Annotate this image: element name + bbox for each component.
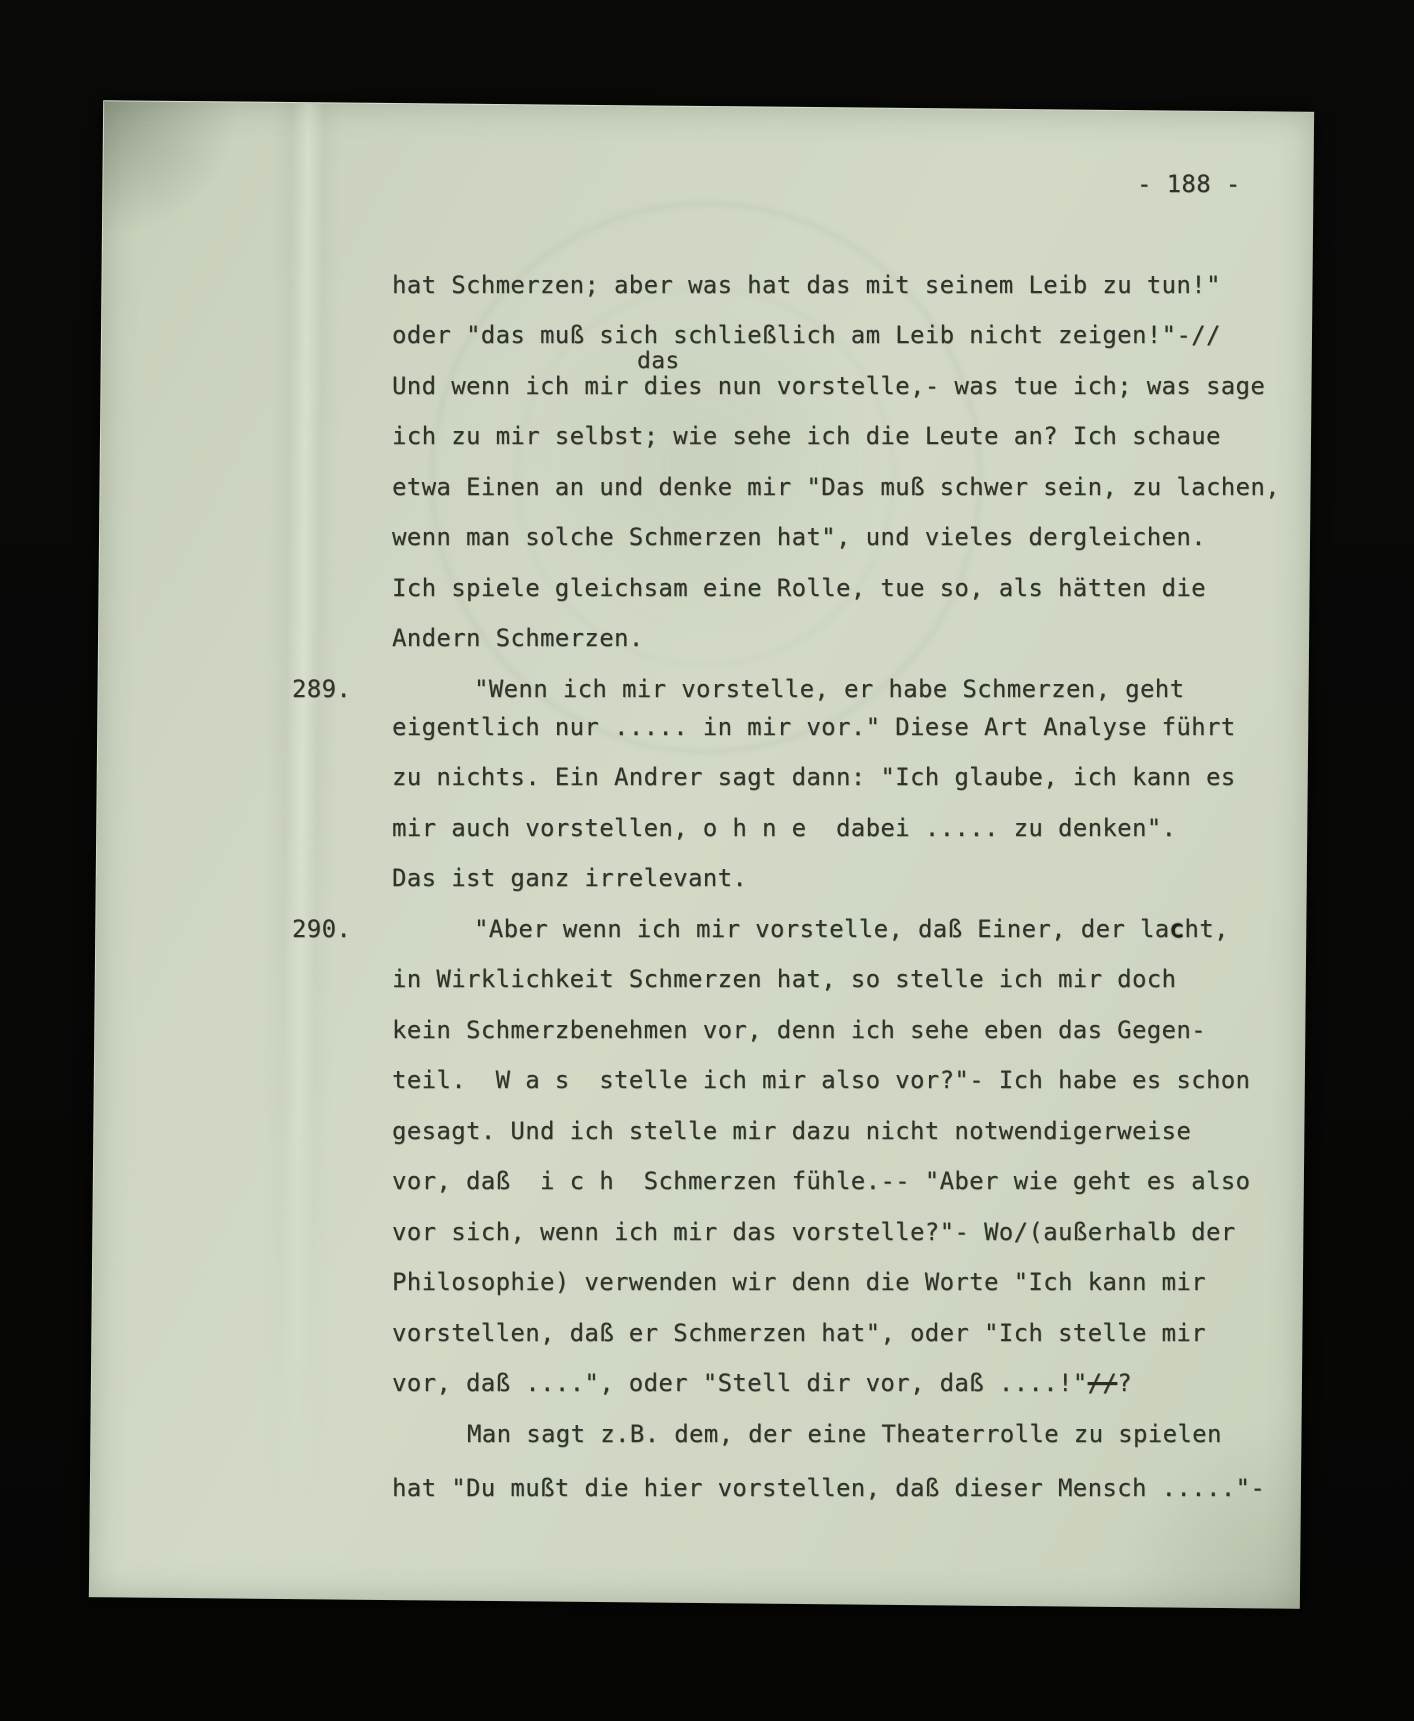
- text-line: Andern Schmerzen.: [0, 624, 1414, 652]
- text-line: Und wenn ich mir dies nun vorstelle,- wa…: [0, 372, 1414, 400]
- remark-number: 290.: [292, 915, 351, 943]
- remark-number: 289.: [292, 675, 351, 703]
- line-text: mir auch vorstellen, o h n e dabei .....…: [392, 814, 1176, 842]
- text-line: vor, daß ....", oder "Stell dir vor, daß…: [0, 1369, 1414, 1397]
- text-line: 290."Aber wenn ich mir vorstelle, daß Ei…: [0, 915, 1414, 943]
- text-line: oder "das muß sich schließlich am Leib n…: [0, 321, 1414, 349]
- text-line: vorstellen, daß er Schmerzen hat", oder …: [0, 1319, 1414, 1347]
- text-segment: ht,: [1184, 915, 1228, 943]
- line-text: teil. W a s stelle ich mir also vor?"- I…: [392, 1066, 1250, 1094]
- line-text: in Wirklichkeit Schmerzen hat, so stelle…: [392, 965, 1176, 993]
- text-line: vor, daß i c h Schmerzen fühle.-- "Aber …: [0, 1167, 1414, 1195]
- line-text: "Aber wenn ich mir vorstelle, daß Einer,…: [474, 915, 1229, 943]
- text-line: ich zu mir selbst; wie sehe ich die Leut…: [0, 422, 1414, 450]
- text-line: gesagt. Und ich stelle mir dazu nicht no…: [0, 1117, 1414, 1145]
- line-text: vor, daß ....", oder "Stell dir vor, daß…: [392, 1369, 1132, 1397]
- text-line: Das ist ganz irrelevant.: [0, 864, 1414, 892]
- line-text: hat "Du mußt die hier vorstellen, daß di…: [392, 1474, 1265, 1502]
- typewritten-text-layer: - 188 - hat Schmerzen; aber was hat das …: [0, 0, 1414, 1721]
- line-text: Und wenn ich mir dies nun vorstelle,- wa…: [392, 372, 1265, 400]
- line-text: das: [637, 347, 680, 375]
- text-line: zu nichts. Ein Andrer sagt dann: "Ich gl…: [0, 763, 1414, 791]
- line-text: wenn man solche Schmerzen hat", und viel…: [392, 523, 1206, 551]
- text-line: eigentlich nur ..... in mir vor." Diese …: [0, 713, 1414, 741]
- strike-segment: //: [1088, 1369, 1118, 1397]
- text-line: Man sagt z.B. dem, der eine Theaterrolle…: [0, 1420, 1414, 1448]
- line-text: ich zu mir selbst; wie sehe ich die Leut…: [392, 422, 1221, 450]
- line-text: etwa Einen an und denke mir "Das muß sch…: [392, 473, 1280, 501]
- line-text: vor sich, wenn ich mir das vorstelle?"- …: [392, 1218, 1236, 1246]
- text-line: kein Schmerzbenehmen vor, denn ich sehe …: [0, 1016, 1414, 1044]
- line-text: oder "das muß sich schließlich am Leib n…: [392, 321, 1221, 349]
- text-line: etwa Einen an und denke mir "Das muß sch…: [0, 473, 1414, 501]
- line-text: gesagt. Und ich stelle mir dazu nicht no…: [392, 1117, 1191, 1145]
- blot-segment: c: [1170, 915, 1185, 943]
- text-segment: "Aber wenn ich mir vorstelle, daß Einer,…: [474, 915, 1170, 943]
- text-line: vor sich, wenn ich mir das vorstelle?"- …: [0, 1218, 1414, 1246]
- text-line: Philosophie) verwenden wir denn die Wort…: [0, 1268, 1414, 1296]
- line-text: vor, daß i c h Schmerzen fühle.-- "Aber …: [392, 1167, 1250, 1195]
- text-line: teil. W a s stelle ich mir also vor?"- I…: [0, 1066, 1414, 1094]
- text-line: hat Schmerzen; aber was hat das mit sein…: [0, 271, 1414, 299]
- text-line: in Wirklichkeit Schmerzen hat, so stelle…: [0, 965, 1414, 993]
- line-text: eigentlich nur ..... in mir vor." Diese …: [392, 713, 1236, 741]
- line-text: Philosophie) verwenden wir denn die Wort…: [392, 1268, 1206, 1296]
- line-text: Das ist ganz irrelevant.: [392, 864, 747, 892]
- line-text: "Wenn ich mir vorstelle, er habe Schmerz…: [474, 675, 1184, 703]
- line-text: Ich spiele gleichsam eine Rolle, tue so,…: [392, 574, 1206, 602]
- text-segment: vor, daß ....", oder "Stell dir vor, daß…: [392, 1369, 1088, 1397]
- line-text: zu nichts. Ein Andrer sagt dann: "Ich gl…: [392, 763, 1236, 791]
- text-line: hat "Du mußt die hier vorstellen, daß di…: [0, 1474, 1414, 1502]
- line-text: Andern Schmerzen.: [392, 624, 644, 652]
- line-text: Man sagt z.B. dem, der eine Theaterrolle…: [467, 1420, 1222, 1448]
- text-line: Ich spiele gleichsam eine Rolle, tue so,…: [0, 574, 1414, 602]
- text-line: wenn man solche Schmerzen hat", und viel…: [0, 523, 1414, 551]
- line-text: kein Schmerzbenehmen vor, denn ich sehe …: [392, 1016, 1206, 1044]
- page-number: - 188 -: [1137, 170, 1241, 198]
- line-text: vorstellen, daß er Schmerzen hat", oder …: [392, 1319, 1206, 1347]
- inserted-word: das: [0, 347, 1414, 375]
- photo-stage: - 188 - hat Schmerzen; aber was hat das …: [0, 0, 1414, 1721]
- text-segment: ?: [1117, 1369, 1132, 1397]
- text-line: 289."Wenn ich mir vorstelle, er habe Sch…: [0, 675, 1414, 703]
- line-text: hat Schmerzen; aber was hat das mit sein…: [392, 271, 1221, 299]
- text-line: mir auch vorstellen, o h n e dabei .....…: [0, 814, 1414, 842]
